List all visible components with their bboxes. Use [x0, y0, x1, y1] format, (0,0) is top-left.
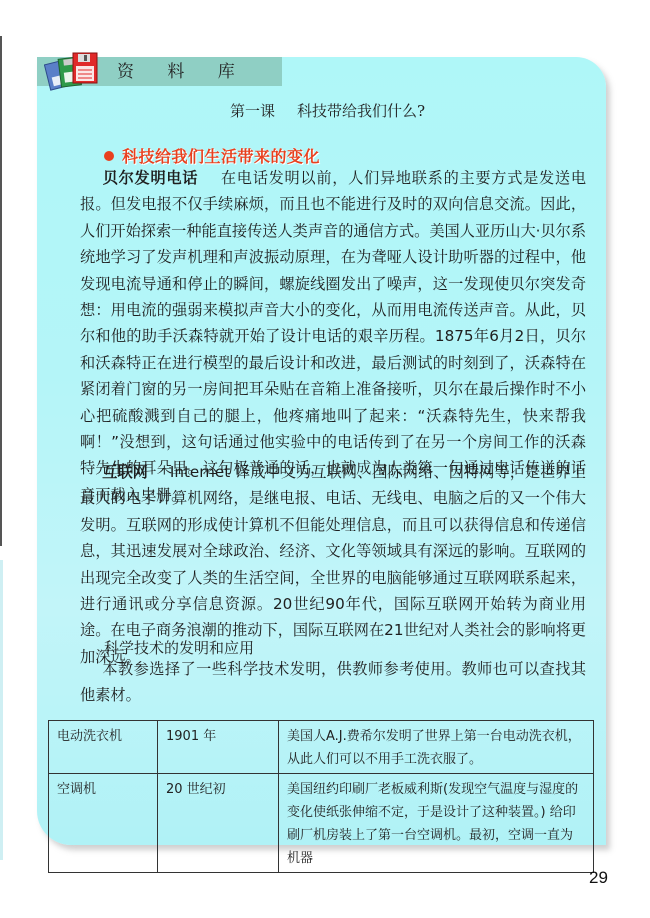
- table-row: 电动洗衣机 1901 年 美国人A.J.费希尔发明了世界上第一台电动洗衣机，从此…: [49, 721, 594, 774]
- article-body: Internet 译成中文为互联网、国际网络、因特网等，是世界上最大的电子计算机…: [80, 463, 586, 666]
- section-heading-text: 科技给我们生活带来的变化: [122, 147, 320, 166]
- bullet-icon: [104, 151, 114, 161]
- article-body: 在电话发明以前，人们异地联系的主要方式是发送电报。但发电报不仅手续麻烦，而且也不…: [80, 169, 586, 504]
- inventions-intro: 本教参选择了一些科学技术发明，供教师参考使用。教师也可以查找其他素材。: [80, 656, 586, 709]
- lesson-number: 第一课: [230, 102, 275, 120]
- left-margin-strip: [0, 560, 3, 860]
- inventions-intro-text: 本教参选择了一些科学技术发明，供教师参考使用。教师也可以查找其他素材。: [80, 660, 586, 704]
- page-number: 29: [589, 868, 608, 888]
- article-telephone: 贝尔发明电话在电话发明以前，人们异地联系的主要方式是发送电报。但发电报不仅手续麻…: [80, 165, 586, 508]
- invention-name: 空调机: [49, 774, 158, 873]
- invention-description: 美国人A.J.费希尔发明了世界上第一台电动洗衣机，从此人们可以不用手工洗衣服了。: [279, 721, 594, 774]
- invention-description: 美国纽约印刷厂老板威利斯(发现空气温度与湿度的变化使纸张伸缩不定，于是设计了这种…: [279, 774, 594, 873]
- invention-time: 1901 年: [158, 721, 279, 774]
- inventions-table: 电动洗衣机 1901 年 美国人A.J.费希尔发明了世界上第一台电动洗衣机，从此…: [48, 720, 594, 873]
- table-row: 空调机 20 世纪初 美国纽约印刷厂老板威利斯(发现空气温度与湿度的变化使纸张伸…: [49, 774, 594, 873]
- left-margin-rule: [0, 36, 2, 546]
- invention-name: 电动洗衣机: [49, 721, 158, 774]
- article-lead: 贝尔发明电话: [102, 169, 198, 187]
- article-lead: 互联网: [102, 463, 148, 481]
- invention-time: 20 世纪初: [158, 774, 279, 873]
- floppy-disks-icon: [44, 50, 104, 92]
- lesson-title: 第一课科技带给我们什么?: [230, 100, 425, 122]
- lesson-name: 科技带给我们什么?: [297, 102, 425, 120]
- banner-title: 资 料 库: [117, 59, 249, 85]
